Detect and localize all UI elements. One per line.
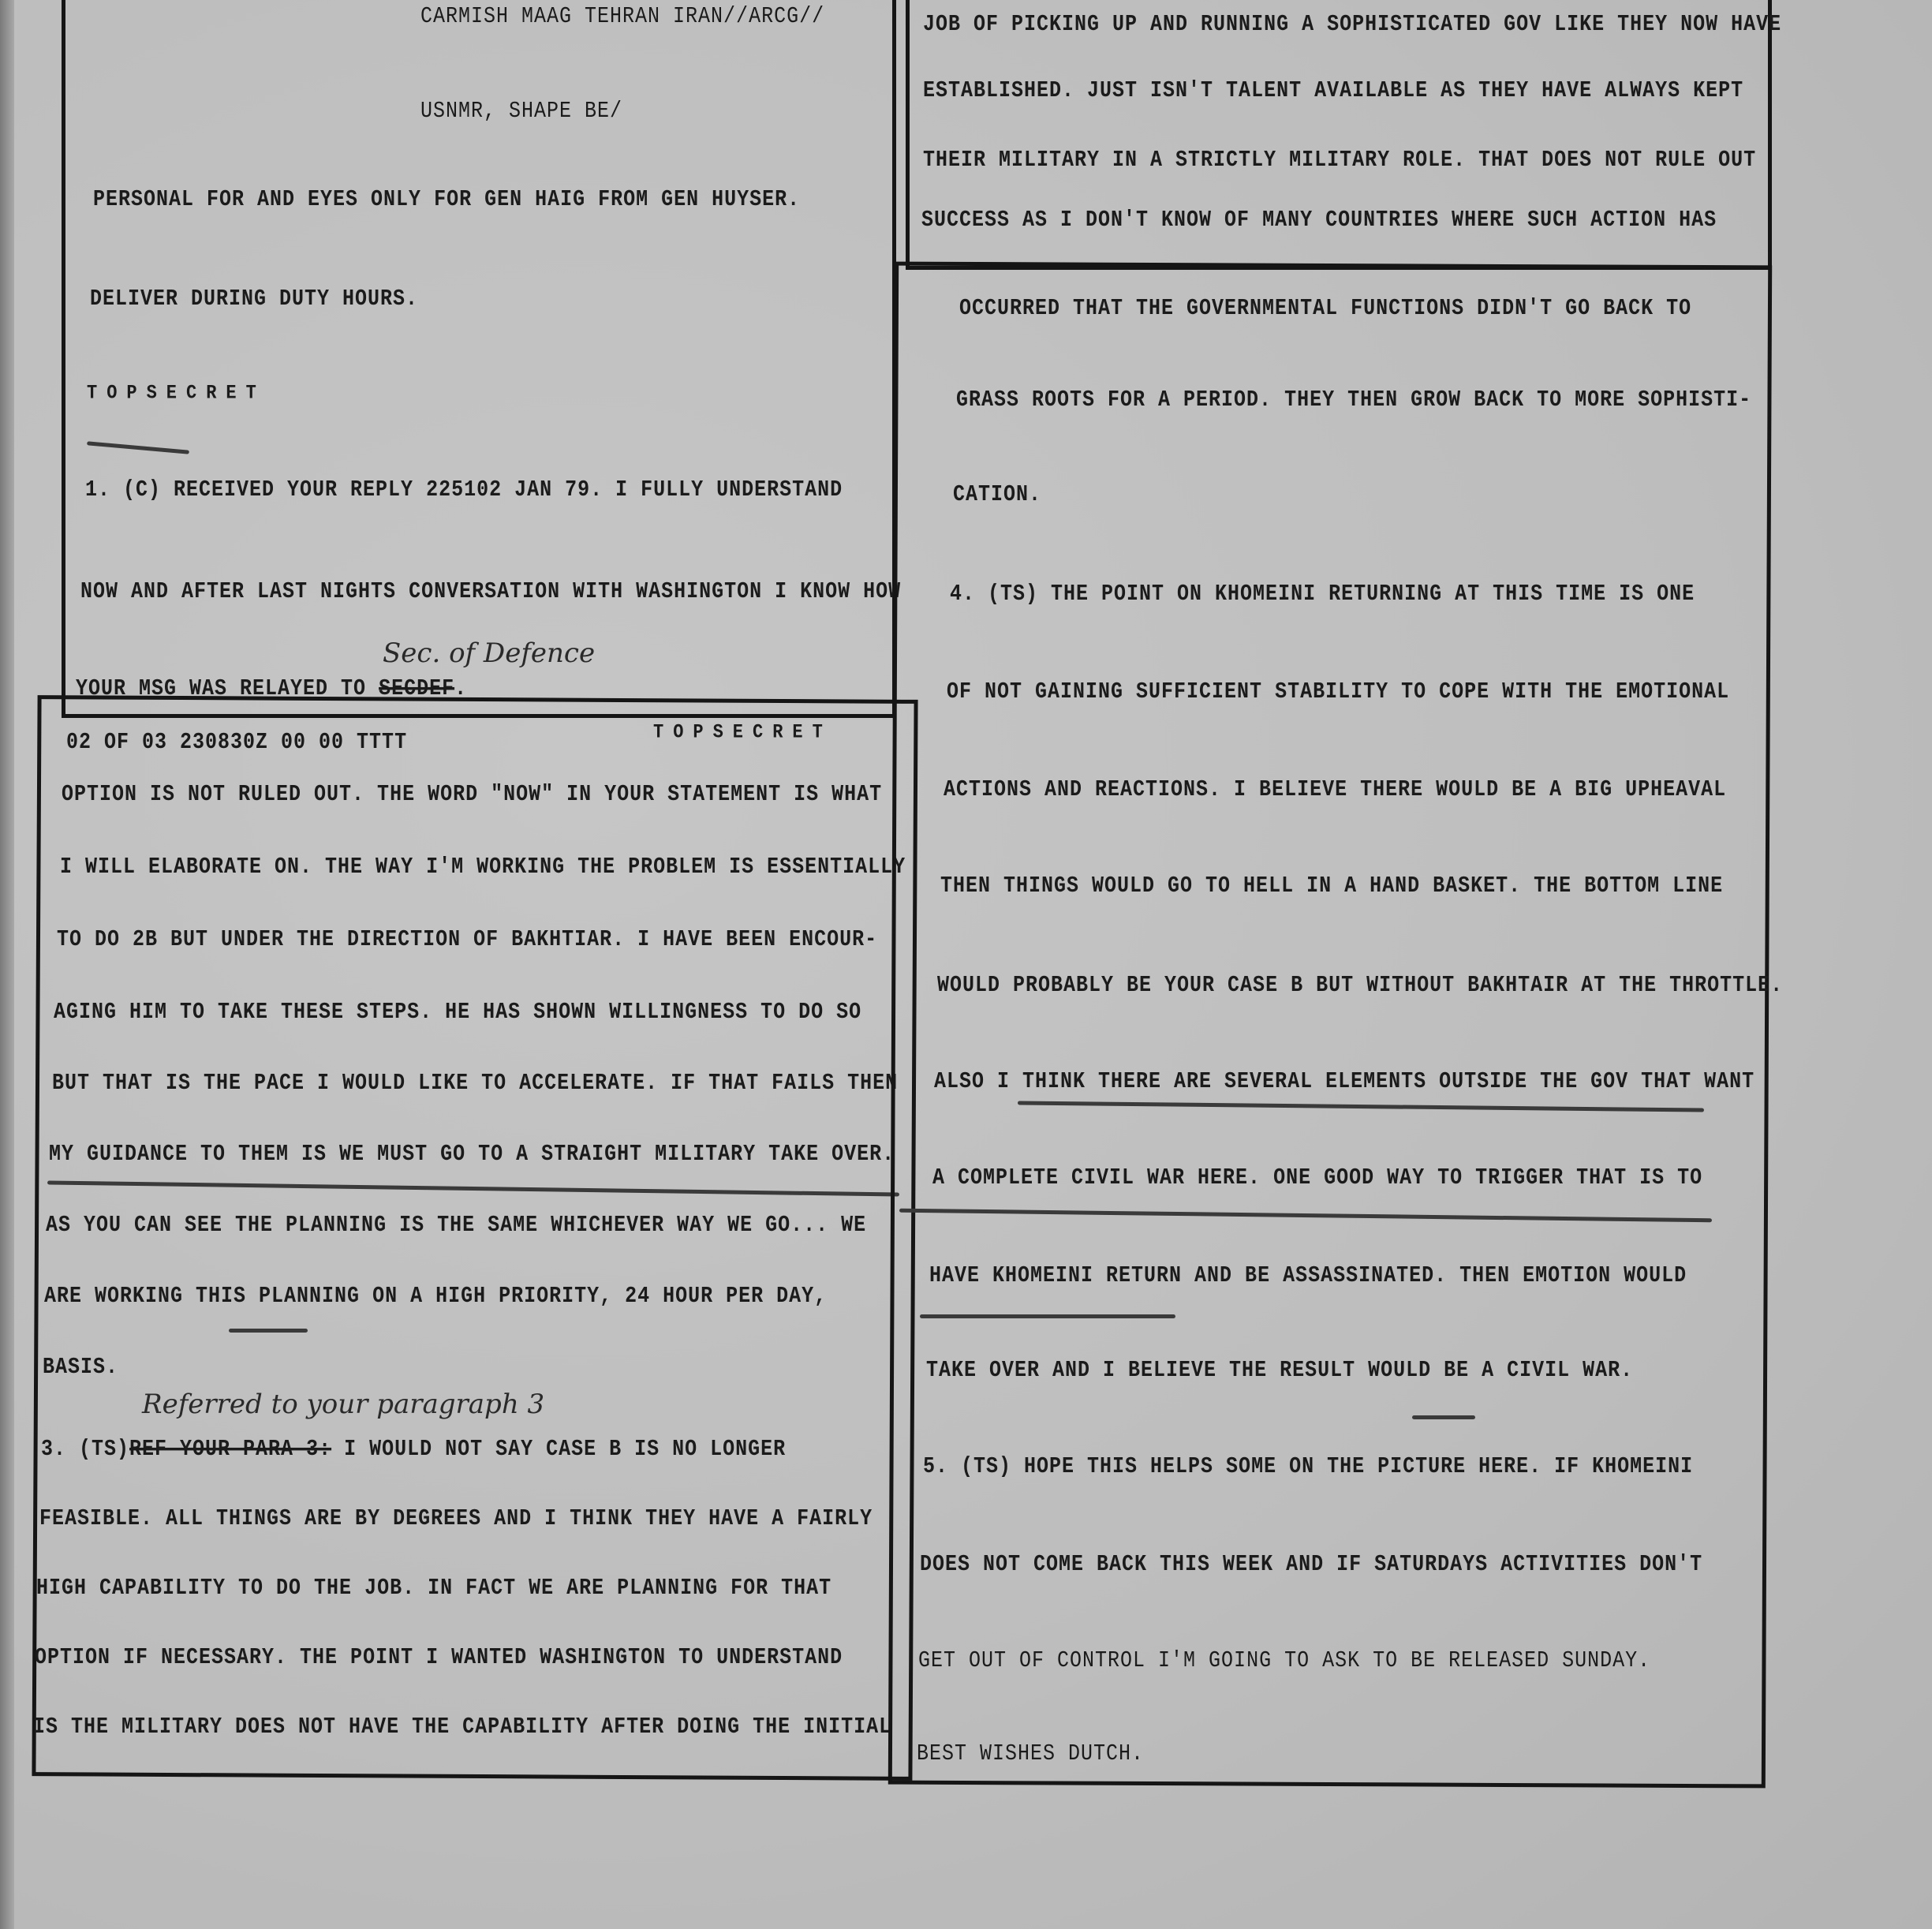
handwritten-underline: [920, 1314, 1175, 1318]
handwritten-paragraph-annotation: Referred to your paragraph 3: [142, 1389, 544, 1420]
page2-line: BASIS.: [43, 1354, 118, 1380]
page2-line: BUT THAT IS THE PACE I WOULD LIKE TO ACC…: [52, 1070, 898, 1096]
para3-line: OPTION IF NECESSARY. THE POINT I WANTED …: [35, 1644, 843, 1670]
handwritten-underline: [229, 1329, 308, 1333]
para3-line: FEASIBLE. ALL THINGS ARE BY DEGREES AND …: [39, 1505, 873, 1531]
page3-line: ALSO I THINK THERE ARE SEVERAL ELEMENTS …: [934, 1068, 1754, 1094]
page3-line: THEN THINGS WOULD GO TO HELL IN A HAND B…: [940, 873, 1723, 899]
page3-line: DOES NOT COME BACK THIS WEEK AND IF SATU…: [920, 1551, 1702, 1577]
para1-line-1: 1. (C) RECEIVED YOUR REPLY 225102 JAN 79…: [85, 477, 843, 503]
classification-marking: TOPSECRET: [87, 382, 266, 405]
page3-line: GRASS ROOTS FOR A PERIOD. THEY THEN GROW…: [956, 387, 1751, 413]
page2-line: AGING HIM TO TAKE THESE STEPS. HE HAS SH…: [54, 999, 861, 1025]
personal-for-line: PERSONAL FOR AND EYES ONLY FOR GEN HAIG …: [93, 186, 800, 212]
page3-top-line: JOB OF PICKING UP AND RUNNING A SOPHISTI…: [923, 11, 1781, 37]
page3-line: CATION.: [953, 481, 1041, 507]
routing-line-2: USNMR, SHAPE BE/: [420, 98, 622, 124]
page3-line: OF NOT GAINING SUFFICIENT STABILITY TO C…: [947, 679, 1729, 705]
page3-line: 4. (TS) THE POINT ON KHOMEINI RETURNING …: [950, 581, 1695, 607]
page3-top-line: THEIR MILITARY IN A STRICTLY MILITARY RO…: [923, 147, 1756, 173]
page3-line: OCCURRED THAT THE GOVERNMENTAL FUNCTIONS…: [959, 295, 1691, 321]
para3-line-1: 3. (TS)REF YOUR PARA 3: I WOULD NOT SAY …: [41, 1436, 786, 1462]
page3-signoff: BEST WISHES DUTCH.: [917, 1740, 1144, 1766]
page3-line: WOULD PROBABLY BE YOUR CASE B BUT WITHOU…: [937, 972, 1783, 998]
page3-line: ACTIONS AND REACTIONS. I BELIEVE THERE W…: [944, 776, 1726, 802]
para3-rest: I WOULD NOT SAY CASE B IS NO LONGER: [331, 1436, 786, 1462]
page-edge-shadow: [0, 0, 14, 1929]
handwritten-secdef-annotation: Sec. of Defence: [383, 637, 595, 669]
page3-line: GET OUT OF CONTROL I'M GOING TO ASK TO B…: [918, 1647, 1650, 1673]
page2-line: OPTION IS NOT RULED OUT. THE WORD "NOW" …: [62, 781, 882, 807]
classification-marking-page2: TOPSECRET: [653, 721, 832, 744]
handwritten-underline: [1412, 1415, 1475, 1419]
page2-line: TO DO 2B BUT UNDER THE DIRECTION OF BAKH…: [57, 926, 877, 952]
page3-line: 5. (TS) HOPE THIS HELPS SOME ON THE PICT…: [923, 1453, 1693, 1479]
page3-line: A COMPLETE CIVIL WAR HERE. ONE GOOD WAY …: [932, 1165, 1702, 1191]
para1-line-2: NOW AND AFTER LAST NIGHTS CONVERSATION W…: [80, 578, 901, 604]
page3-line: HAVE KHOMEINI RETURN AND BE ASSASSINATED…: [929, 1262, 1687, 1288]
page3-line: TAKE OVER AND I BELIEVE THE RESULT WOULD…: [926, 1357, 1633, 1383]
deliver-line: DELIVER DURING DUTY HOURS.: [90, 286, 418, 312]
page3-top-line: ESTABLISHED. JUST ISN'T TALENT AVAILABLE…: [923, 77, 1743, 103]
para3-prefix: 3. (TS): [41, 1436, 129, 1462]
para3-line: HIGH CAPABILITY TO DO THE JOB. IN FACT W…: [36, 1575, 831, 1601]
page2-line: AS YOU CAN SEE THE PLANNING IS THE SAME …: [46, 1212, 866, 1238]
struck-ref-your-para: REF YOUR PARA 3:: [129, 1436, 331, 1462]
page2-line: ARE WORKING THIS PLANNING ON A HIGH PRIO…: [44, 1283, 827, 1309]
routing-line-1: CARMISH MAAG TEHRAN IRAN//ARCG//: [420, 3, 824, 29]
page-header-info: 02 OF 03 230830Z 00 00 TTTT: [66, 729, 407, 755]
page2-line: I WILL ELABORATE ON. THE WAY I'M WORKING…: [60, 854, 906, 880]
page2-line: MY GUIDANCE TO THEM IS WE MUST GO TO A S…: [49, 1141, 895, 1167]
para3-line: IS THE MILITARY DOES NOT HAVE THE CAPABI…: [33, 1714, 891, 1740]
page3-top-line: SUCCESS AS I DON'T KNOW OF MANY COUNTRIE…: [921, 207, 1717, 233]
